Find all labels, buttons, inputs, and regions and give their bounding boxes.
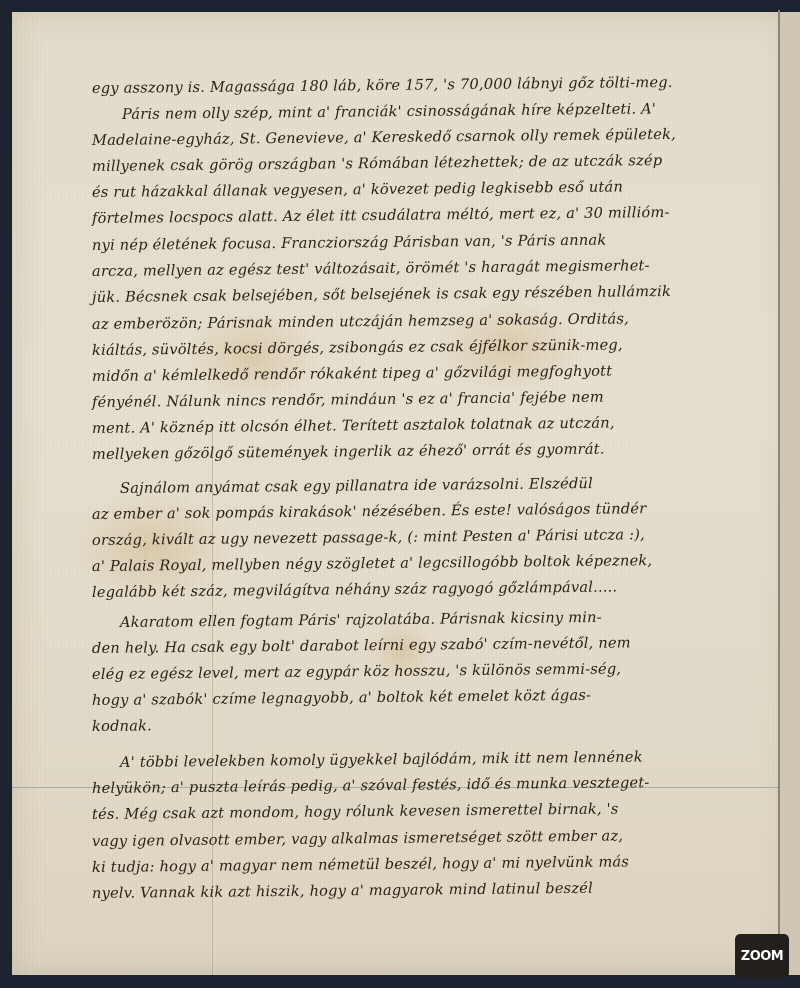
- zoom-logo-text: ZOOM: [741, 949, 783, 964]
- page-edge-line: [778, 10, 780, 970]
- zoom-watermark-logo: ZOOM: [735, 934, 789, 978]
- adjacent-page-edge: [780, 12, 800, 975]
- text-line: kodnak.: [92, 717, 152, 735]
